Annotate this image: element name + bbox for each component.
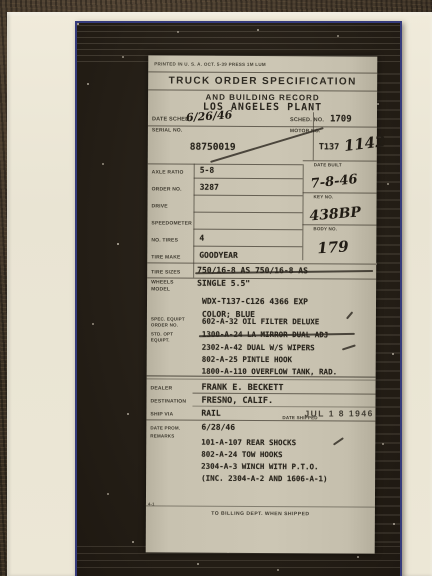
equipment-item: 2302-A-42 DUAL W/S WIPERS [202,343,315,353]
cell-divider [313,112,314,160]
rule [194,195,303,197]
no-tires-value: 4 [199,234,204,243]
key-no-value: 438BP [309,204,362,224]
order-no-value: 3287 [200,183,219,192]
destination-label: DESTINATION [150,398,186,404]
scanned-photo: PRINTED IN U. S. A. OCT. 5-39 PRESS 1M L… [0,0,432,576]
sched-no-label: SCHED. NO. [290,117,324,123]
rule [194,178,303,180]
field-label-no-tires: NO. TIRES [151,237,178,243]
ship-via-value: RAIL [201,409,220,418]
truck-order-form: PRINTED IN U. S. A. OCT. 5-39 PRESS 1M L… [146,55,378,553]
pen-tick [333,437,344,445]
rule [193,246,302,248]
date-shipped-stamp: JUL 1 8 1946 [304,408,373,418]
remarks-line: (INC. 2304-A-2 AND 1606-A-1) [201,474,327,484]
printed-note: PRINTED IN U. S. A. OCT. 5-39 PRESS 1M L… [154,61,266,67]
field-label-drive: DRIVE [151,203,167,209]
serial-no-label: SERIAL NO. [152,127,183,133]
field-label-tire-sizes: TIRE SIZES [151,269,180,275]
remarks-line: 2304-A-3 WINCH WITH P.T.O. [201,462,318,472]
remarks-line: 802-A-24 TOW HOOKS [201,450,282,459]
model-line: WDX-T137-C126 4366 EXP [202,297,308,307]
std-opt-label-2: EQUIPT. [151,337,170,342]
rule [146,505,375,507]
form-code: 4-1 [148,501,155,506]
wheels-value: SINGLE 5.5" [197,279,250,288]
spec-equipt-label-2: ORDER NO. [151,322,178,327]
rule [147,262,376,264]
ship-via-label: SHIP VIA [150,411,173,417]
rule [193,212,302,214]
spec-equipt-label-1: SPEC. EQUIPT [151,316,185,321]
rule [148,163,303,165]
billing-note: TO BILLING DEPT. WHEN SHIPPED [146,510,375,517]
field-label-model: MODEL [151,286,170,292]
axle-ratio-value: 5-8 [200,166,215,175]
rule [148,89,377,91]
remarks-label: REMARKS [150,433,174,438]
form-title: TRUCK ORDER SPECIFICATION [148,75,377,87]
dust-speckles [77,23,79,25]
field-label-tire-make: TIRE MAKE [151,254,180,260]
equipment-item: 802-A-25 PINTLE HOOK [202,355,292,364]
date-sched-value: 6/26/46 [186,108,233,124]
dealer-label: DEALER [151,385,173,391]
equipment-item: 602-A-32 OIL FILTER DELUXE [202,317,319,327]
label-column-divider [193,164,195,278]
pen-tick [346,311,353,319]
std-opt-label-1: STD. OPT [151,331,173,336]
pen-dash [342,344,356,350]
date-built-value: 7-8-46 [310,172,358,192]
tire-make-value: GOODYEAR [199,251,238,260]
motor-prefix: T137 [319,142,340,152]
photo-print-paper: PRINTED IN U. S. A. OCT. 5-39 PRESS 1M L… [7,12,432,576]
plant-name: LOS ANGELES PLANT [148,101,377,113]
rule [193,229,302,231]
sched-no-value: 1709 [330,114,352,124]
field-label-order-no: ORDER NO. [152,186,182,192]
field-label-axle-ratio: AXLE RATIO [152,169,184,175]
destination-value: FRESNO, CALIF. [201,396,273,406]
rule [148,71,377,73]
remarks-line: 101-A-107 REAR SHOCKS [201,438,296,447]
rule [147,375,376,377]
body-no-value: 179 [317,237,349,257]
date-built-label: DATE BUILT [314,162,342,167]
field-label-wheels: WHEELS [151,279,174,285]
rule [193,393,376,395]
rule [147,277,376,279]
serial-value: 88750019 [190,142,236,153]
dealer-value: FRANK E. BECKETT [202,383,284,393]
body-no-label: BODY NO. [313,226,337,231]
date-prom-value: 6/28/46 [201,423,235,432]
field-label-speedometer: SPEEDOMETER [151,220,192,226]
rule [192,406,375,408]
rule [146,419,375,421]
key-no-label: KEY NO. [314,194,334,199]
date-prom-label: DATE PROM. [150,425,180,430]
rule [147,378,376,380]
